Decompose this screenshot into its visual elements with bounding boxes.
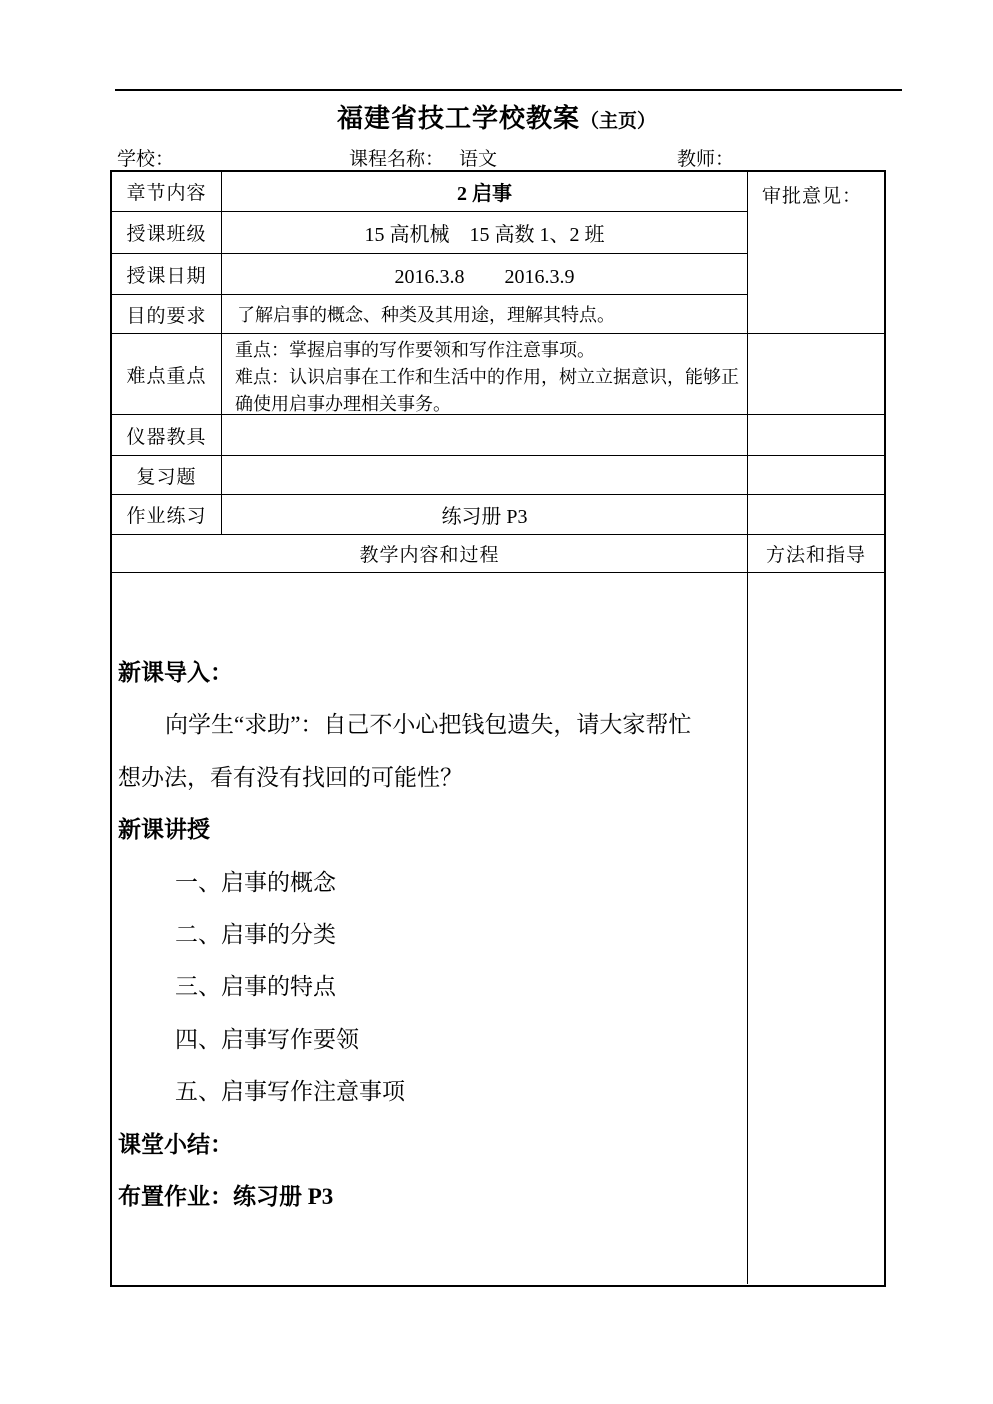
page-title-main: 福建省技工学校教案 [337, 103, 580, 133]
approval-column-empty-2 [748, 415, 884, 456]
outline-item-3: 三、启事的特点 [118, 961, 737, 1013]
chapter-content-value: 2 启事 [222, 172, 748, 212]
page-title: 福建省技工学校教案（主页） [0, 101, 993, 140]
header-rule [115, 89, 902, 91]
outline-item-1: 一、启事的概念 [118, 857, 737, 909]
content-process-header: 教学内容和过程 [112, 535, 748, 573]
summary-heading: 课堂小结： [118, 1119, 737, 1171]
intro-paragraph-line-2: 想办法，看有没有找回的可能性？ [118, 752, 737, 804]
row-label-review-questions: 复习题 [112, 456, 222, 495]
outline-item-2: 二、启事的分类 [118, 909, 737, 961]
teach-heading: 新课讲授 [118, 804, 737, 856]
teacher-label: 教师： [677, 144, 734, 171]
row-label-teaching-class: 授课班级 [112, 212, 222, 254]
approval-column-empty-3 [748, 456, 884, 495]
approval-column-empty-1 [748, 334, 884, 415]
homework-practice-value: 练习册 P3 [222, 495, 748, 535]
intro-paragraph-line-1: 向学生“求助”：自己不小心把钱包遗失，请大家帮忙 [118, 699, 737, 751]
row-label-equipment: 仪器教具 [112, 415, 222, 456]
key-difficult-points-value: 重点：掌握启事的写作要领和写作注意事项。 难点：认识启事在工作和生活中的作用，树… [222, 334, 748, 415]
page-title-suffix: （主页） [580, 111, 656, 132]
approval-opinion-cell: 审批意见： [748, 172, 884, 334]
course-name-label: 课程名称： [349, 144, 444, 171]
review-questions-value [222, 456, 748, 495]
teaching-class-value: 15 高机械 15 高数 1、2 班 [222, 212, 748, 254]
course-name-value: 语文 [459, 144, 497, 171]
row-label-key-difficult-points: 难点重点 [112, 334, 222, 415]
row-label-chapter-content: 章节内容 [112, 172, 222, 212]
row-label-homework-practice: 作业练习 [112, 495, 222, 535]
objectives-value: 了解启事的概念、种类及其用途，理解其特点。 [222, 295, 748, 334]
teaching-content-body: 新课导入： 向学生“求助”：自己不小心把钱包遗失，请大家帮忙 想办法，看有没有找… [112, 573, 748, 1284]
outline-item-4: 四、启事写作要领 [118, 1014, 737, 1066]
teaching-date-value: 2016.3.8 2016.3.9 [222, 254, 748, 295]
method-guidance-header: 方法和指导 [748, 535, 884, 573]
row-label-objectives: 目的要求 [112, 295, 222, 334]
lesson-plan-table: 章节内容 2 启事 审批意见： 授课班级 15 高机械 15 高数 1、2 班 … [110, 170, 886, 1287]
difficult-points-line: 难点：认识启事在工作和生活中的作用，树立立据意识，能够正确使用启事办理相关事务。 [235, 364, 741, 415]
key-points-line: 重点：掌握启事的写作要领和写作注意事项。 [235, 337, 741, 364]
outline-item-5: 五、启事写作注意事项 [118, 1066, 737, 1118]
school-label: 学校： [117, 144, 174, 171]
homework-assignment-line: 布置作业：练习册 P3 [118, 1171, 737, 1223]
lesson-plan-page: 福建省技工学校教案（主页） 学校： 课程名称： 语文 教师： 章节内容 2 启事… [0, 0, 993, 1404]
row-label-teaching-date: 授课日期 [112, 254, 222, 295]
equipment-value [222, 415, 748, 456]
intro-heading: 新课导入： [118, 647, 737, 699]
method-guidance-body-empty [748, 573, 884, 1284]
subheader-row: 学校： 课程名称： 语文 教师： [0, 144, 993, 170]
approval-column-empty-4 [748, 495, 884, 535]
